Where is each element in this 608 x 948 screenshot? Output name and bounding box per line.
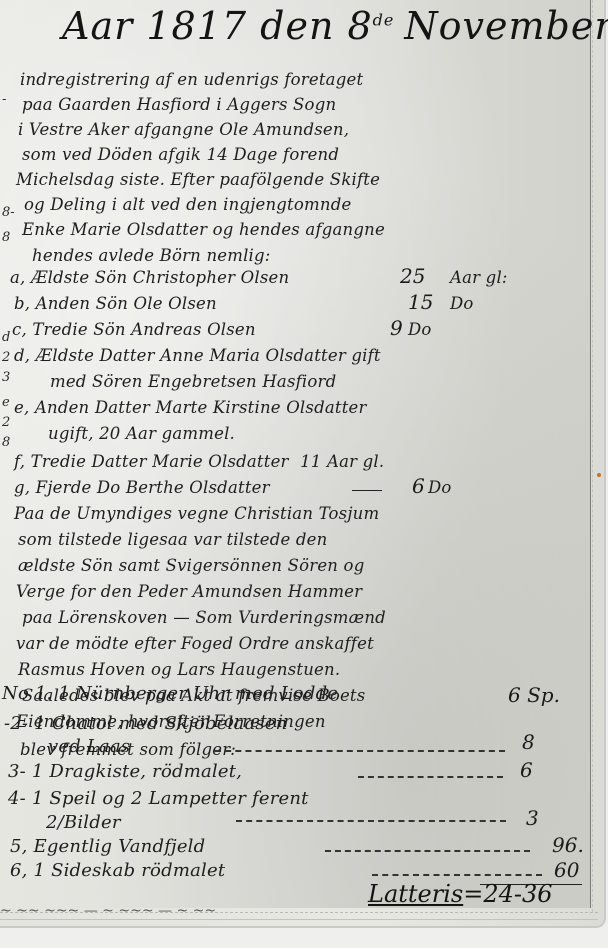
inventory-number: 3- [8,761,26,782]
heir-row: e, Anden Datter Marte Kirstine Olsdatter [14,398,367,417]
dash-separator [352,490,382,491]
heir-age: 11 [300,452,321,471]
heir-label: a, [10,268,25,287]
inventory-number: -2- [4,713,28,734]
heir-row: f, Tredie Datter Marie Olsdatter 11 Aar … [14,452,384,471]
heir-label: c, [12,320,27,339]
total-label: Latteris [368,880,463,908]
inventory-value: 60 [554,858,579,882]
margin-mark: 8 [2,435,10,450]
heir-row: a, Ældste Sön Christopher Olsen [10,268,289,287]
heir-label: e, [14,398,29,417]
heir-text: Tredie Datter Marie Olsdatter [31,452,289,471]
inventory-row: 3- 1 Dragkiste, rödmalet, [8,761,242,782]
body-line: Verge for den Peder Amundsen Hammer [16,582,362,601]
heir-row-continued: med Sören Engebretsen Hasfiord [50,372,336,391]
inventory-row-continued: ved Laas [48,736,130,757]
heir-text: Fjerde Do Berthe Olsdatter [36,478,270,497]
margin-mark: 2 [2,415,10,430]
heading-date: Aar 1817 den 8 [62,4,373,48]
inventory-text: 1 Dragkiste, rödmalet, [32,761,242,782]
heir-row: g, Fjerde Do Berthe Olsdatter [14,478,270,497]
margin-mark: 3 [2,370,10,385]
heir-text: Anden Sön Ole Olsen [36,294,217,313]
body-line: hendes avlede Börn nemlig: [32,246,271,265]
heir-label: f, [14,452,25,471]
paper-stain [597,473,601,477]
margin-mark: - [2,92,6,107]
inventory-row: -2- 1 Chatol med Skjöbelaasen [4,713,287,734]
heir-unit: Aar gl: [450,268,508,287]
body-line: i Vestre Aker afgangne Ole Amundsen, [18,120,349,139]
heir-text: Tredie Sön Andreas Olsen [32,320,255,339]
inventory-text: 1 Chatol med Skjöbelaasen [34,713,287,734]
inventory-row: 4- 1 Speil og 2 Lampetter ferent [8,788,309,809]
margin-mark: d [2,330,10,345]
heading-month: November [404,4,608,48]
body-line: ældste Sön samt Svigersönnen Sören og [18,556,364,575]
inventory-number: No 1. [2,683,52,704]
scan-frame: Aar 1817 den 8deNovemberbl. indregistrer… [0,0,608,948]
heir-unit: Do [450,294,474,313]
inventory-text: 1 Speil og 2 Lampetter ferent [32,788,309,809]
body-line: paa Gaarden Hasfiord i Aggers Sogn [22,95,336,114]
total-value: 24-36 [483,880,552,908]
heir-age: 15 [408,290,433,314]
heir-label: g, [14,478,30,497]
dashed-leader [372,874,542,876]
heir-row: b, Anden Sön Ole Olsen [14,294,217,313]
heir-unit: Do [408,320,432,339]
margin-mark: 2 [2,350,10,365]
margin-mark: 8 [2,230,10,245]
heir-row: c, Tredie Sön Andreas Olsen [12,320,256,339]
carried-total: Latteris=24-36 [368,880,553,908]
heir-row: d, Ældste Datter Anne Maria Olsdatter gi… [14,346,381,365]
dashed-leader [236,820,506,822]
inventory-number: 4- [8,788,26,809]
inventory-value: 8 [522,730,535,754]
heir-label: b, [14,294,30,313]
body-line: som ved Döden afgik 14 Dage forend [22,145,339,164]
heir-age: 6 [412,474,425,498]
inventory-row-continued: 2/Bilder [46,812,121,833]
body-line: paa Lörenskoven — Som Vurderingsmænd [22,608,386,627]
page-heading: Aar 1817 den 8deNovemberbl. [62,4,608,48]
inventory-value: 3 [526,806,539,830]
heir-unit: Do [428,478,452,497]
dashed-leader [325,850,530,852]
heir-age: 9 [390,316,403,340]
body-line: indregistrering af en udenrigs foretaget [20,70,363,89]
heir-age: 25 [400,264,425,288]
inventory-row: 6, 1 Sideskab rödmalet [10,860,225,881]
dashed-leader [215,750,505,752]
inventory-text: Egentlig Vandfjeld [34,836,206,857]
inventory-value: 96. [552,833,584,857]
heir-text: Ældste Sön Christopher Olsen [31,268,289,287]
inventory-text: 1 Sideskab rödmalet [34,860,226,881]
manuscript-page: Aar 1817 den 8deNovemberbl. indregistrer… [0,0,591,908]
bleed-through-text: ~ ~~ ~~~ — ~ ~~~ — ~ ~~ [0,908,590,918]
heir-label: d, [14,346,30,365]
inventory-value: 6 [520,758,533,782]
inventory-row: No 1. 1 Nürnberger Uhr med Lodde [2,683,338,704]
margin-mark: 8- [2,205,15,220]
body-line: Enke Marie Olsdatter og hendes afgangne [22,220,385,239]
body-line: var de mödte efter Foged Ordre anskaffet [16,634,374,653]
inventory-number: 5, [10,836,28,857]
inventory-value: 6 Sp. [508,683,560,707]
heir-unit: Aar gl. [327,452,384,471]
dashed-leader [358,776,503,778]
body-line: Paa de Umyndiges vegne Christian Tosjum [14,504,379,523]
body-line: Rasmus Hoven og Lars Haugenstuen. [18,660,340,679]
body-line: Michelsdag siste. Efter paafölgende Skif… [16,170,380,189]
heading-superscript: de [373,10,395,29]
heir-text: Ældste Datter Anne Maria Olsdatter gift [36,346,381,365]
inventory-row: 5, Egentlig Vandfjeld [10,836,205,857]
body-line: som tilstede ligesaa var tilstede den [18,530,327,549]
inventory-number: 6, [10,860,28,881]
heir-text: Anden Datter Marte Kirstine Olsdatter [35,398,367,417]
body-line: og Deling i alt ved den ingjengtomnde [24,195,351,214]
inventory-text: 1 Nürnberger Uhr med Lodde [58,683,338,704]
sleeve-right-edge [592,0,594,912]
heir-row-continued: ugift, 20 Aar gammel. [48,424,235,443]
margin-mark: e [2,395,10,410]
